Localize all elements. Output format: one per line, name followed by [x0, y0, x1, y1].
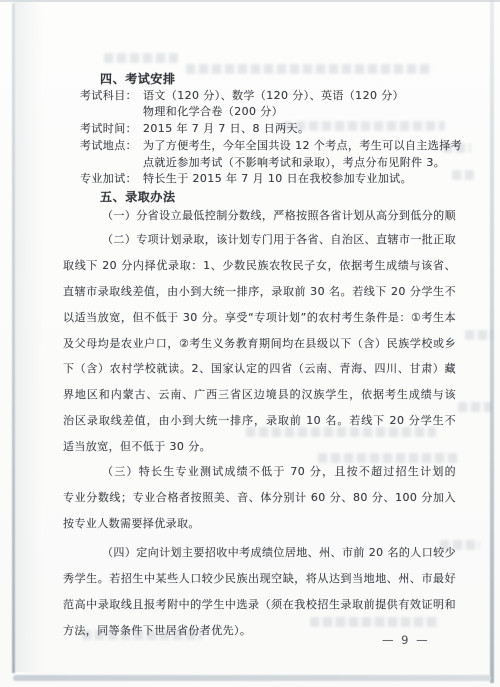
exam-location-item: 考试地点： 为了方便考生，今年全国共设 12 个考点，考生可以自主选择考点就近参… [80, 138, 466, 171]
section-exam-arrangement: 四、考试安排 考试科目： 语文（120 分）、数学（120 分）、英语（120 … [80, 71, 466, 188]
paper-left-shadow [15, 0, 43, 672]
scan-top-edge [0, 0, 500, 2]
text-line: 适当放宽，但不低于 30 分。 [63, 434, 456, 460]
paper-bottom-edge [13, 675, 491, 681]
text-line: 下（含）农村学校就读。2、国家认定的四省（云南、青海、四川、甘肃）藏区交 [63, 356, 456, 382]
paragraph-special-plan: （二）专项计划录取，该计划专门用于各省、自治区、直辖市一批正取后，录取线下 20… [63, 227, 456, 460]
text-line: 2015 年 7 月 7 日、8 日两天。 [143, 121, 466, 138]
scanned-document-page: 四、考试安排 考试科目： 语文（120 分）、数学（120 分）、英语（120 … [0, 0, 500, 687]
paragraph-talent-students: （三）特长生专业测试成绩不低于 70 分，且按不超过招生计划的 150%划定专业… [63, 459, 456, 537]
bleed-through-artifact [104, 53, 178, 63]
section-heading-exam: 四、考试安排 [100, 71, 466, 88]
text-line: 语文（120 分）、数学（120 分）、英语（120 分） [143, 88, 466, 105]
text-line: 物理和化学合卷（200 分） [143, 104, 466, 121]
text-line: 专业分数线；专业合格者按照美、音、体分别计 60 分、80 分、100 分加入总… [63, 485, 456, 511]
exam-subjects-item: 考试科目： 语文（120 分）、数学（120 分）、英语（120 分）物理和化学… [80, 88, 466, 121]
text-line: 秀学生。若招生中某些人口较少民族出现空缺，将从达到当地地、州、市最好的示 [63, 566, 456, 592]
text-line: （三）特长生专业测试成绩不低于 70 分，且按不超过招生计划的 150%划定 [63, 459, 456, 485]
paragraph-province-cutoff: （一）分省设立最低控制分数线，严格按照各省计划从高分到低分的顺序录取。 [63, 203, 456, 229]
item-label: 专业加试： [80, 171, 143, 188]
text-line: 特长生于 2015 年 7 月 10 日在我校参加专业加试。 [143, 171, 466, 188]
bleed-through-artifact [465, 330, 493, 340]
bleed-through-artifact [458, 402, 492, 412]
item-label: 考试科目： [80, 88, 143, 121]
text-line: 界地区和内蒙古、云南、广西三省区边境县的汉族学生，依据考生成绩与该省、自 [63, 382, 456, 408]
page-number: — 9 — [382, 633, 430, 647]
exam-time-item: 考试时间： 2015 年 7 月 7 日、8 日两天。 [80, 121, 466, 138]
text-line: 按专业人数需要择优录取。 [63, 511, 456, 537]
text-line: 及父母均是农业户口，②考生义务教育期间均在县级以下（含）民族学校或乡镇以 [63, 331, 456, 357]
item-value: 2015 年 7 月 7 日、8 日两天。 [143, 121, 466, 138]
item-value: 语文（120 分）、数学（120 分）、英语（120 分）物理和化学合卷（200… [143, 88, 466, 121]
item-value: 为了方便考生，今年全国共设 12 个考点，考生可以自主选择考点就近参加考试（不影… [143, 138, 466, 171]
text-line: （一）分省设立最低控制分数线，严格按照各省计划从高分到低分的顺序录取。 [63, 203, 456, 229]
text-line: 为了方便考生，今年全国共设 12 个考点，考生可以自主选择考 [143, 138, 466, 155]
item-value: 特长生于 2015 年 7 月 10 日在我校参加专业加试。 [143, 171, 466, 188]
text-line: 治区录取线差值，由小到大统一排序，录取前 10 名。若线下 20 分学生不足，可… [63, 408, 456, 434]
text-line: 取线下 20 分内择优录取：1、少数民族农牧民子女，依据考生成绩与该省、自治区、 [63, 253, 456, 279]
text-line: 范高中录取线且报考附中的学生中选录（须在我校招生录取前提供有效证明和查询 [63, 592, 456, 618]
text-line: 点就近参加考试（不影响考试和录取），考点分布见附件 3。 [143, 155, 466, 172]
paper-right-edge [490, 0, 494, 683]
text-line: 以适当放宽，但不低于 30 分。享受“专项计划”的农村考生条件是：①考生本人 [63, 305, 456, 331]
paper-left-edge [12, 3, 15, 673]
text-line: （二）专项计划录取，该计划专门用于各省、自治区、直辖市一批正取后，录 [63, 227, 456, 253]
item-label: 考试时间： [80, 121, 143, 138]
paragraph-directed-plan: （四）定向计划主要招收中考成绩位居地、州、市前 20 名的人口较少民族优秀学生。… [63, 540, 456, 644]
text-line: 直辖市录取线差值，由小到大统一排序，录取前 30 名。若线下 20 分学生不足，… [63, 279, 456, 305]
text-line: （四）定向计划主要招收中考成绩位居地、州、市前 20 名的人口较少民族优 [63, 540, 456, 566]
item-label: 考试地点： [80, 138, 143, 171]
major-extra-test-item: 专业加试： 特长生于 2015 年 7 月 10 日在我校参加专业加试。 [80, 171, 466, 188]
